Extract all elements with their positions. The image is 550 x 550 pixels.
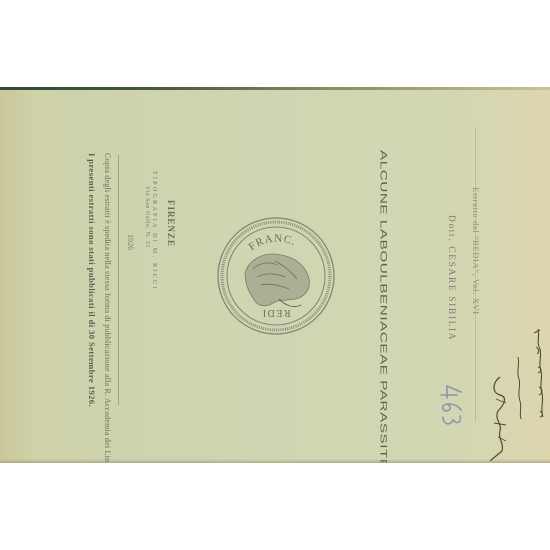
redi-portrait-medallion-icon: FRANC. REDI: [215, 215, 337, 337]
imprint-address: Via San Gallo, N. 31: [144, 186, 150, 248]
pencil-catalog-number: 463: [425, 380, 475, 430]
page-top-edge: [0, 87, 550, 90]
seal-bottom-text: REDI: [261, 307, 290, 318]
imprint-place: FIRENZE: [166, 200, 176, 247]
seal-top-text: FRANC.: [247, 233, 299, 254]
svg-text:FRANC.: FRANC.: [247, 233, 299, 254]
document-title: ALCUNE LABOULBENIACEAE PARASSITE DI ACAR…: [375, 150, 392, 463]
source-line: Estratto dal “REDIA”, Vol. XVI: [471, 187, 481, 315]
notice-line-2: I presenti estratti sono stati pubblicat…: [87, 153, 97, 407]
document-page: Estratto dal “REDIA”, Vol. XVI Dott. CES…: [0, 87, 550, 463]
notice-rule: [118, 155, 119, 405]
handwritten-dedication: All'amico Comm. ... affettuosamente C. S…: [478, 327, 550, 463]
page-bottom-edge: [0, 459, 550, 463]
author-name: Dott. CESARE SIBILIA: [446, 215, 456, 341]
notice-line-1: Copia degli estratti è spedita nella ste…: [103, 153, 112, 463]
imprint-year: 1926: [126, 234, 135, 250]
imprint-printer: TIPOGRAFIA DI M. RICCI: [151, 171, 157, 291]
document-title-text: ALCUNE LABOULBENIACEAE PARASSITE DI ACAR…: [378, 150, 389, 463]
